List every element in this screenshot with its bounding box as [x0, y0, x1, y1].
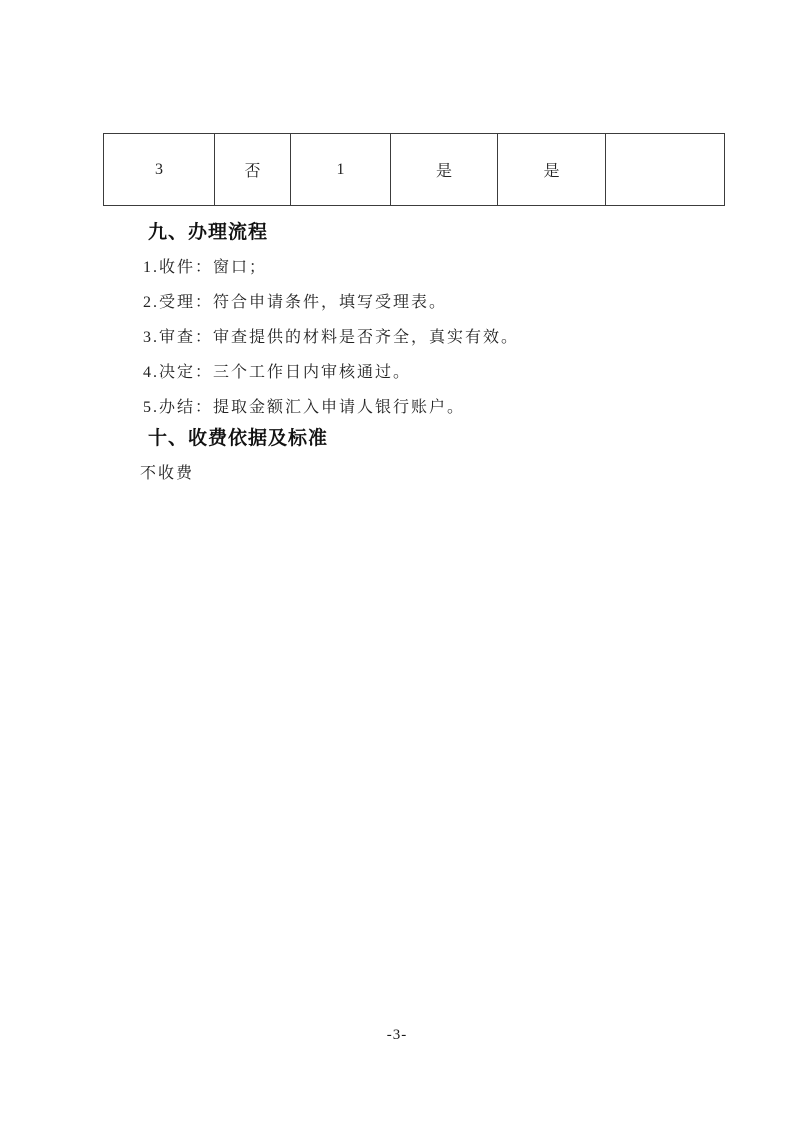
flow-step-1: 1.收件：窗口； — [143, 250, 700, 285]
fee-text: 不收费 — [140, 456, 700, 491]
table-cell-count: 1 — [291, 134, 391, 206]
table-cell-working-days: 3 — [104, 134, 215, 206]
flow-step-2: 2.受理：符合申请条件，填写受理表。 — [143, 285, 700, 320]
table-row: 3 否 1 是 是 — [104, 134, 725, 206]
document-page: 3 否 1 是 是 九、办理流程 1.收件：窗口； 2.受理：符合申请条件，填写… — [0, 0, 794, 1122]
document-body: 九、办理流程 1.收件：窗口； 2.受理：符合申请条件，填写受理表。 3.审查：… — [140, 215, 700, 491]
flow-step-3: 3.审查：审查提供的材料是否齐全，真实有效。 — [143, 320, 700, 355]
continuation-table: 3 否 1 是 是 — [103, 133, 725, 206]
section-heading-process: 九、办理流程 — [148, 215, 700, 250]
page-number: -3- — [387, 1027, 408, 1043]
section-heading-fees: 十、收费依据及标准 — [148, 421, 700, 456]
flow-step-4: 4.决定：三个工作日内审核通过。 — [143, 355, 700, 390]
page-footer: -3- — [0, 1026, 794, 1044]
flow-step-5: 5.办结：提取金额汇入申请人银行账户。 — [143, 390, 700, 425]
table-cell-yes-1: 是 — [391, 134, 498, 206]
table-cell-no: 否 — [215, 134, 291, 206]
table-cell-empty — [606, 134, 725, 206]
table-cell-yes-2: 是 — [498, 134, 606, 206]
